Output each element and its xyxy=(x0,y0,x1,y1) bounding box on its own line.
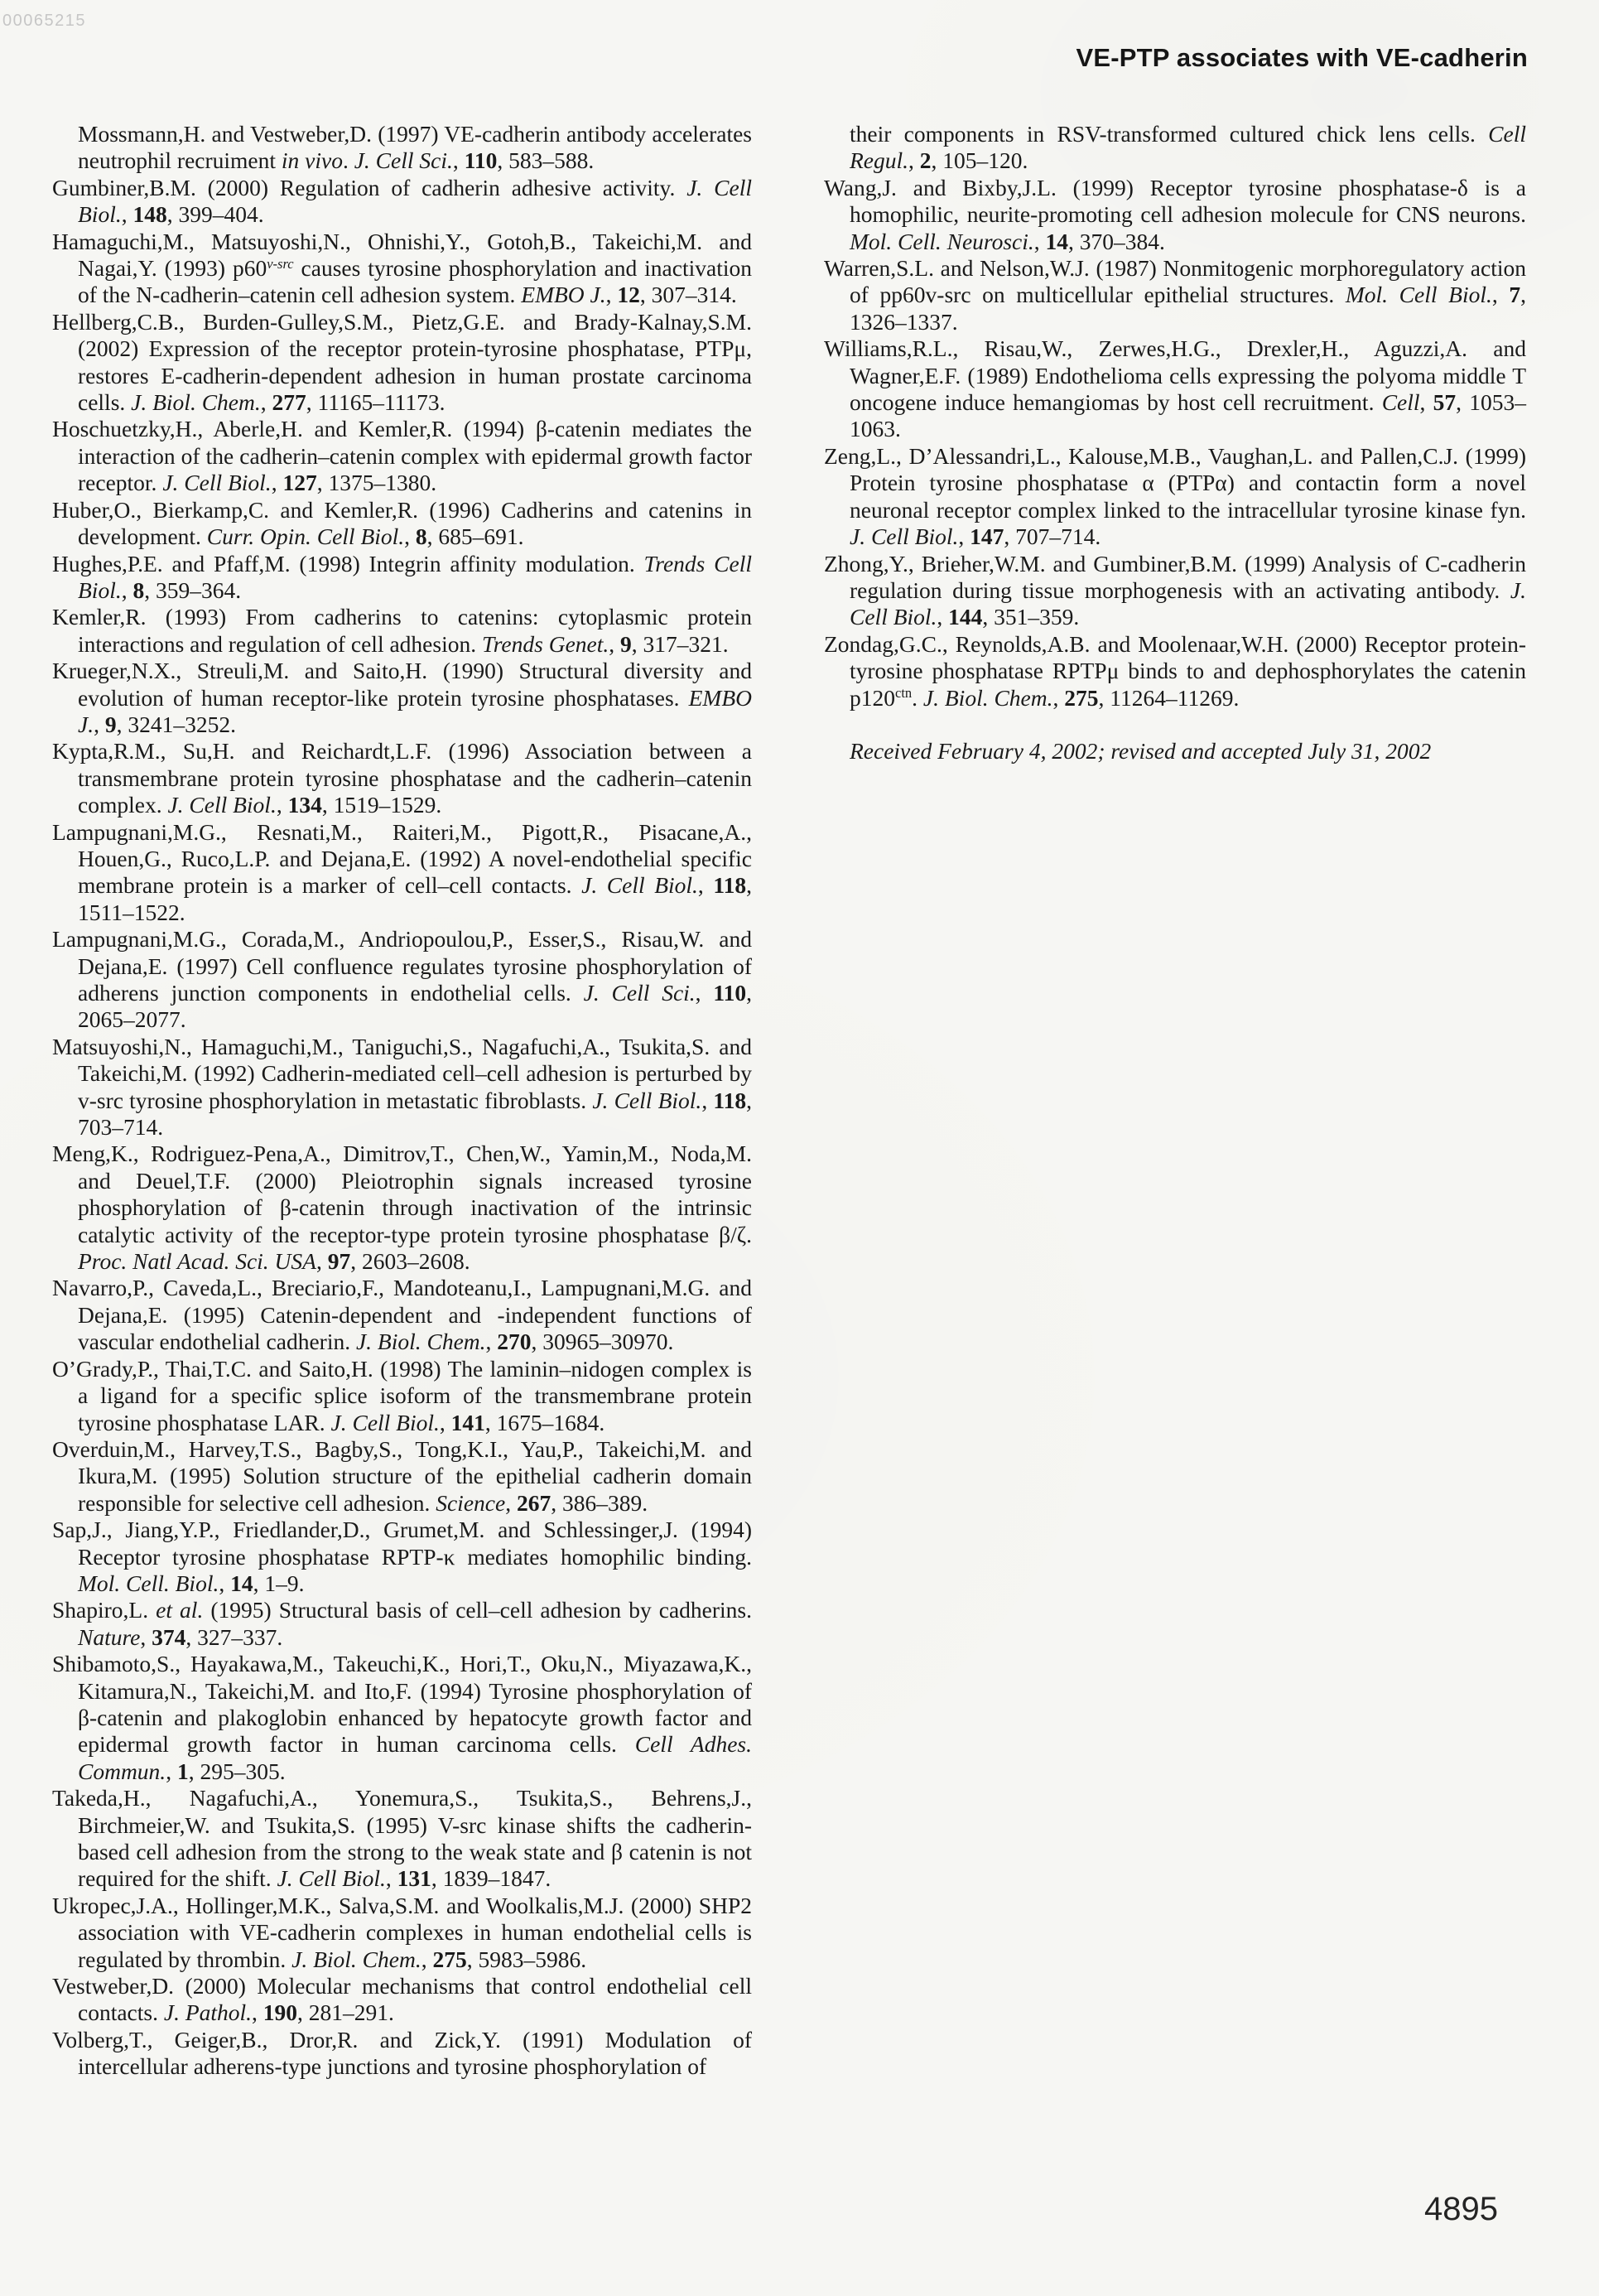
reference-entry: Hellberg,C.B., Burden-Gulley,S.M., Pietz… xyxy=(52,309,752,417)
reference-entry: Takeda,H., Nagafuchi,A., Yonemura,S., Ts… xyxy=(52,1785,752,1893)
reference-entry: Kemler,R. (1993) From cadherins to caten… xyxy=(52,604,752,658)
reference-entry: Zondag,G.C., Reynolds,A.B. and Moolenaar… xyxy=(824,631,1526,711)
reference-entry: Williams,R.L., Risau,W., Zerwes,H.G., Dr… xyxy=(824,335,1526,443)
reference-entry: Krueger,N.X., Streuli,M. and Saito,H. (1… xyxy=(52,658,752,738)
reference-entry: Huber,O., Bierkamp,C. and Kemler,R. (199… xyxy=(52,497,752,551)
reference-entry: Shibamoto,S., Hayakawa,M., Takeuchi,K., … xyxy=(52,1651,752,1785)
reference-entry: Sap,J., Jiang,Y.P., Friedlander,D., Grum… xyxy=(52,1517,752,1597)
reference-entry: Warren,S.L. and Nelson,W.J. (1987) Nonmi… xyxy=(824,255,1526,335)
reference-entry: Hamaguchi,M., Matsuyoshi,N., Ohnishi,Y.,… xyxy=(52,229,752,309)
reference-entry: Lampugnani,M.G., Resnati,M., Raiteri,M.,… xyxy=(52,819,752,927)
reference-entry: Lampugnani,M.G., Corada,M., Andriopoulou… xyxy=(52,926,752,1034)
received-line: Received February 4, 2002; revised and a… xyxy=(824,738,1526,765)
references-column-left: Mossmann,H. and Vestweber,D. (1997) VE-c… xyxy=(52,121,752,2081)
reference-entry: Zeng,L., D’Alessandri,L., Kalouse,M.B., … xyxy=(824,443,1526,551)
reference-entry: Navarro,P., Caveda,L., Breciario,F., Man… xyxy=(52,1275,752,1355)
running-head: VE-PTP associates with VE-cadherin xyxy=(1076,43,1528,73)
reference-entry: Matsuyoshi,N., Hamaguchi,M., Taniguchi,S… xyxy=(52,1034,752,1141)
reference-entry: Shapiro,L. et al. (1995) Structural basi… xyxy=(52,1597,752,1651)
scanned-paper-page: 00065215 VE-PTP associates with VE-cadhe… xyxy=(0,0,1599,2296)
reference-entry: Overduin,M., Harvey,T.S., Bagby,S., Tong… xyxy=(52,1436,752,1517)
reference-entry: O’Grady,P., Thai,T.C. and Saito,H. (1998… xyxy=(52,1356,752,1436)
reference-entry: Hughes,P.E. and Pfaff,M. (1998) Integrin… xyxy=(52,551,752,605)
reference-entry: Hoschuetzky,H., Aberle,H. and Kemler,R. … xyxy=(52,416,752,496)
reference-entry: Meng,K., Rodriguez-Pena,A., Dimitrov,T.,… xyxy=(52,1141,752,1275)
references-column-right: their components in RSV-transformed cult… xyxy=(824,121,1526,765)
reference-entry: Kypta,R.M., Su,H. and Reichardt,L.F. (19… xyxy=(52,738,752,818)
scan-number: 00065215 xyxy=(2,12,86,31)
reference-list-right: their components in RSV-transformed cult… xyxy=(824,121,1526,711)
reference-entry: Mossmann,H. and Vestweber,D. (1997) VE-c… xyxy=(52,121,752,175)
reference-entry: Gumbiner,B.M. (2000) Regulation of cadhe… xyxy=(52,175,752,229)
reference-entry: Zhong,Y., Brieher,W.M. and Gumbiner,B.M.… xyxy=(824,551,1526,631)
reference-entry: their components in RSV-transformed cult… xyxy=(824,121,1526,175)
reference-entry: Vestweber,D. (2000) Molecular mechanisms… xyxy=(52,1973,752,2027)
reference-entry: Volberg,T., Geiger,B., Dror,R. and Zick,… xyxy=(52,2027,752,2081)
reference-list-left: Mossmann,H. and Vestweber,D. (1997) VE-c… xyxy=(52,121,752,2081)
page-number: 4895 xyxy=(1424,2191,1498,2228)
reference-entry: Wang,J. and Bixby,J.L. (1999) Receptor t… xyxy=(824,175,1526,255)
reference-entry: Ukropec,J.A., Hollinger,M.K., Salva,S.M.… xyxy=(52,1893,752,1973)
